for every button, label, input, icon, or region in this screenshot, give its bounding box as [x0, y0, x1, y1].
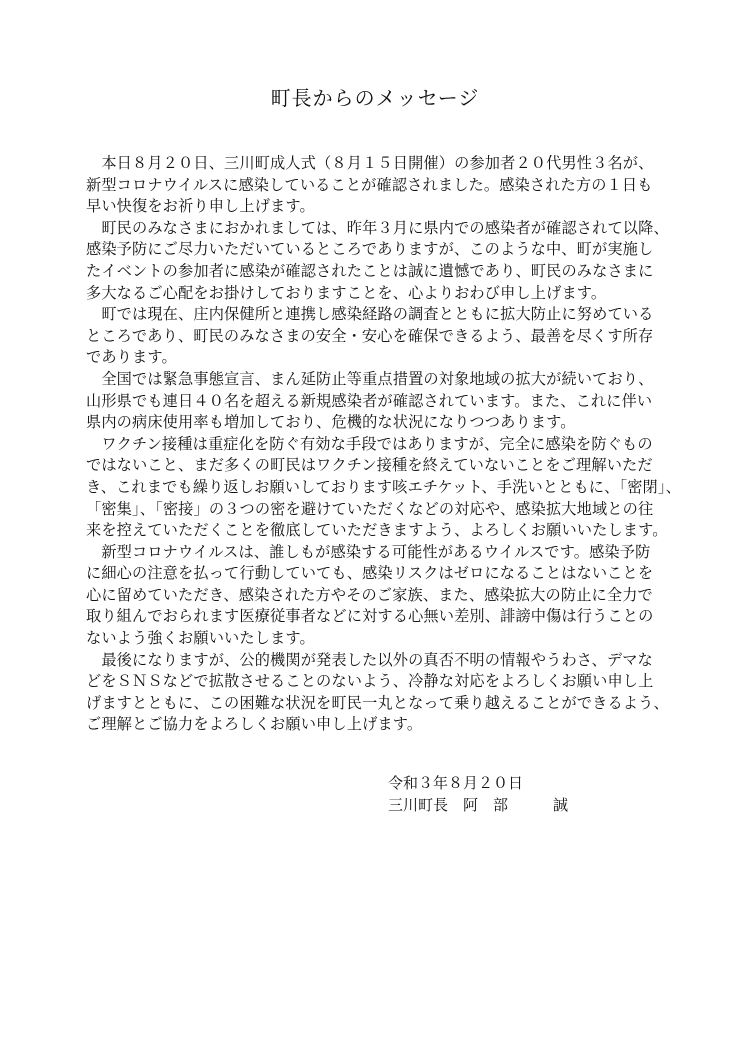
body-line: 心に留めていただき、感染された方やそのご家族、また、感染拡大の防止に全力で: [86, 585, 682, 607]
body-line: 本日８月２０日、三川町成人式（８月１５日開催）の参加者２０代男性３名が、: [86, 153, 682, 175]
body-line: 町では現在、庄内保健所と連携し感染経路の調査とともに拡大防止に努めている: [86, 304, 682, 326]
body-line: き、これまでも繰り返しお願いしております咳エチケット、手洗いとともに、「密閉」、: [86, 477, 682, 499]
body-line: たイベントの参加者に感染が確認されたことは誠に遺憾であり、町民のみなさまに: [86, 261, 682, 283]
body-line: ご理解とご協力をよろしくお願い申し上げます。: [86, 714, 682, 736]
body-line: ないよう強くお願いいたします。: [86, 628, 682, 650]
body-line: に細心の注意を払って行動していても、感染リスクはゼロになることはないことを: [86, 563, 682, 585]
body-line: 最後になりますが、公的機関が発表した以外の真否不明の情報やうわさ、デマな: [86, 650, 682, 672]
body-line: 感染予防にご尽力いただいているところでありますが、このような中、町が実施し: [86, 239, 682, 261]
body-line: 全国では緊急事態宣言、まん延防止等重点措置の対象地域の拡大が続いており、: [86, 369, 682, 391]
page-title: 町長からのメッセージ: [0, 82, 750, 111]
body-line: であります。: [86, 347, 682, 369]
body-line: 新型コロナウイルスは、誰しもが感染する可能性があるウイルスです。感染予防: [86, 542, 682, 564]
body-line: どをＳＮＳなどで拡散させることのないよう、冷静な対応をよろしくお願い申し上: [86, 671, 682, 693]
body-line: 来を控えていただくことを徹底していただきますよう、よろしくお願いいたします。: [86, 520, 682, 542]
body-line: ワクチン接種は重症化を防ぐ有効な手段ではありますが、完全に感染を防ぐもの: [86, 434, 682, 456]
message-body: 本日８月２０日、三川町成人式（８月１５日開催）の参加者２０代男性３名が、 新型コ…: [86, 153, 682, 736]
body-line: ところであり、町民のみなさまの安全・安心を確保できるよう、最善を尽くす所存: [86, 326, 682, 348]
body-line: 早い快復をお祈り申し上げます。: [86, 196, 682, 218]
body-line: げますとともに、この困難な状況を町民一丸となって乗り越えることができるよう、: [86, 693, 682, 715]
body-line: 山形県でも連日４０名を超える新規感染者が確認されています。また、これに伴い: [86, 391, 682, 413]
body-line: 町民のみなさまにおかれましては、昨年３月に県内での感染者が確認されて以降、: [86, 218, 682, 240]
signature-block: 令和３年８月２０日 三川町長 阿 部 誠: [388, 772, 648, 816]
body-line: 新型コロナウイルスに感染していることが確認されました。感染された方の１日も: [86, 175, 682, 197]
body-line: 取り組んでおられます医療従事者などに対する心無い差別、誹謗中傷は行うことの: [86, 606, 682, 628]
body-line: 「密集」、「密接」の３つの密を避けていただくなどの対応や、感染拡大地域との往: [86, 499, 682, 521]
body-line: 多大なるご心配をお掛けしておりますことを、心よりおわび申し上げます。: [86, 283, 682, 305]
body-line: 県内の病床使用率も増加しており、危機的な状況になりつつあります。: [86, 412, 682, 434]
signature-date: 令和３年８月２０日: [388, 772, 648, 794]
body-line: ではないこと、まだ多くの町民はワクチン接種を終えていないことをご理解いただ: [86, 455, 682, 477]
signature-author: 三川町長 阿 部 誠: [388, 794, 648, 816]
